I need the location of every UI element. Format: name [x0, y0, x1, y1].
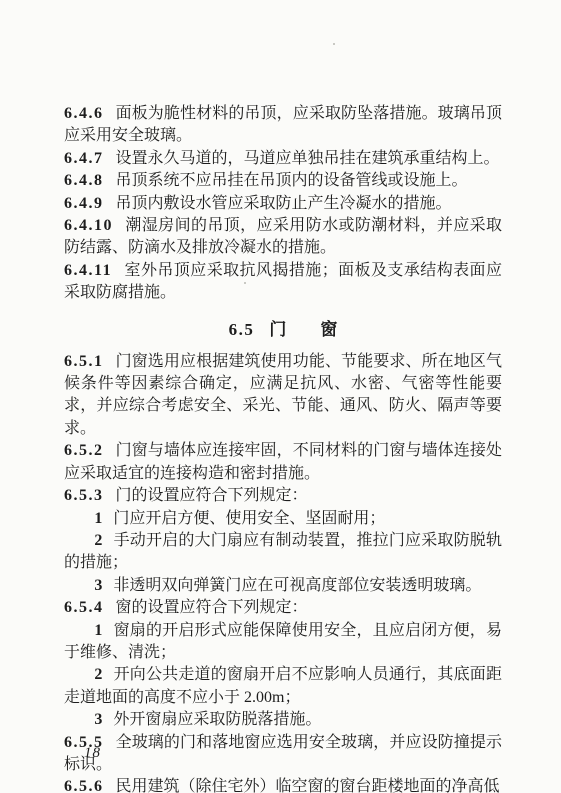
clause-text: 手动开启的大门扇应有制动装置，推拉门应采取防脱轨的措施；	[64, 532, 502, 571]
scan-speck	[244, 282, 246, 284]
clause: 6.5.5全玻璃的门和落地窗应选用安全玻璃，并应设防撞提示标识。	[64, 732, 502, 777]
clause: 6.4.7设置永久马道的，马道应单独吊挂在建筑承重结构上。	[64, 148, 502, 170]
clause-text: 室外吊顶应采取抗风揭措施；面板及支承结构表面应采取防腐措施。	[64, 262, 502, 301]
sub-item: 3非透明双向弹簧门应在可视高度部位安装透明玻璃。	[64, 575, 502, 597]
clause: 6.4.8吊顶系统不应吊挂在吊顶内的设备管线或设施上。	[64, 170, 502, 192]
clause-number: 6.4.6	[64, 105, 104, 122]
clause-number: 6.5.1	[64, 353, 104, 370]
clause: 6.5.6民用建筑（除住宅外）临空窗的窗台距楼地面的净高低	[64, 776, 502, 793]
clause-text: 开向公共走道的窗扇开启不应影响人员通行，其底面距走道地面的高度不应小于 2.00…	[64, 666, 502, 705]
clause-text: 外开窗扇应采取防脱落措施。	[113, 711, 321, 728]
clause-text: 门应开启方便、使用安全、坚固耐用；	[113, 510, 385, 527]
scan-speck	[333, 43, 335, 45]
clause-number: 3	[94, 577, 102, 594]
clause-number: 1	[94, 510, 102, 527]
clause-text: 面板为脆性材料的吊顶，应采取防坠落措施。玻璃吊顶应采用安全玻璃。	[64, 105, 502, 144]
section-title: 门 窗	[269, 320, 337, 339]
clause: 6.5.4窗的设置应符合下列规定：	[64, 597, 502, 619]
clause-number: 6.4.7	[64, 150, 104, 167]
clause-number: 2	[94, 666, 102, 683]
document-page: 6.4.6面板为脆性材料的吊顶，应采取防坠落措施。玻璃吊顶应采用安全玻璃。6.4…	[0, 0, 561, 793]
clause: 6.5.2门窗与墙体应连接牢固，不同材料的门窗与墙体连接处应采取适宜的连接构造和…	[64, 440, 502, 485]
clause-text: 潮湿房间的吊顶，应采用防水或防潮材料，并应采取防结露、防滴水及排放冷凝水的措施。	[64, 217, 502, 256]
clause-number: 6.4.10	[64, 217, 113, 234]
clause: 6.5.3门的设置应符合下列规定：	[64, 485, 502, 507]
clause-number: 6.5.6	[64, 778, 104, 793]
clause-text: 吊顶系统不应吊挂在吊顶内的设备管线或设施上。	[116, 172, 468, 189]
clause-text: 民用建筑（除住宅外）临空窗的窗台距楼地面的净高低	[116, 778, 500, 793]
clause-text: 设置永久马道的，马道应单独吊挂在建筑承重结构上。	[116, 150, 500, 167]
clause: 6.4.9吊顶内敷设水管应采取防止产生冷凝水的措施。	[64, 193, 502, 215]
sub-item: 2手动开启的大门扇应有制动装置，推拉门应采取防脱轨的措施；	[64, 530, 502, 575]
clause-text: 门窗选用应根据建筑使用功能、节能要求、所在地区气候条件等因素综合确定，应满足抗风…	[64, 353, 502, 437]
document-body: 6.4.6面板为脆性材料的吊顶，应采取防坠落措施。玻璃吊顶应采用安全玻璃。6.4…	[64, 103, 502, 793]
section-heading: 6.5门 窗	[64, 319, 502, 341]
page-number: 18	[84, 745, 101, 762]
section-number: 6.5	[229, 320, 255, 339]
clause-number: 6.5.2	[64, 442, 104, 459]
clause-number: 1	[94, 622, 102, 639]
clause-number: 6.4.9	[64, 195, 104, 212]
clause-text: 非透明双向弹簧门应在可视高度部位安装透明玻璃。	[113, 577, 481, 594]
clause-number: 6.5.3	[64, 487, 104, 504]
clause-number: 6.5.4	[64, 599, 104, 616]
clause: 6.5.1门窗选用应根据建筑使用功能、节能要求、所在地区气候条件等因素综合确定，…	[64, 351, 502, 441]
clause: 6.4.6面板为脆性材料的吊顶，应采取防坠落措施。玻璃吊顶应采用安全玻璃。	[64, 103, 502, 148]
clause-number: 6.4.8	[64, 172, 104, 189]
sub-item: 1窗扇的开启形式应能保障使用安全，且应启闭方便，易于维修、清洗；	[64, 620, 502, 665]
clause-number: 6.4.11	[64, 262, 112, 279]
clause-text: 全玻璃的门和落地窗应选用安全玻璃，并应设防撞提示标识。	[64, 734, 502, 773]
clause-text: 窗扇的开启形式应能保障使用安全，且应启闭方便，易于维修、清洗；	[64, 622, 502, 661]
clause-text: 门窗与墙体应连接牢固，不同材料的门窗与墙体连接处应采取适宜的连接构造和密封措施。	[64, 442, 502, 481]
clause-text: 吊顶内敷设水管应采取防止产生冷凝水的措施。	[116, 195, 452, 212]
sub-item: 1门应开启方便、使用安全、坚固耐用；	[64, 508, 502, 530]
sub-item: 2开向公共走道的窗扇开启不应影响人员通行，其底面距走道地面的高度不应小于 2.0…	[64, 664, 502, 709]
clause-number: 3	[94, 711, 102, 728]
clause-text: 门的设置应符合下列规定：	[116, 487, 308, 504]
clause-number: 2	[94, 532, 102, 549]
clause: 6.4.10潮湿房间的吊顶，应采用防水或防潮材料，并应采取防结露、防滴水及排放冷…	[64, 215, 502, 260]
clause: 6.4.11室外吊顶应采取抗风揭措施；面板及支承结构表面应采取防腐措施。	[64, 260, 502, 305]
clause-text: 窗的设置应符合下列规定：	[116, 599, 308, 616]
sub-item: 3外开窗扇应采取防脱落措施。	[64, 709, 502, 731]
